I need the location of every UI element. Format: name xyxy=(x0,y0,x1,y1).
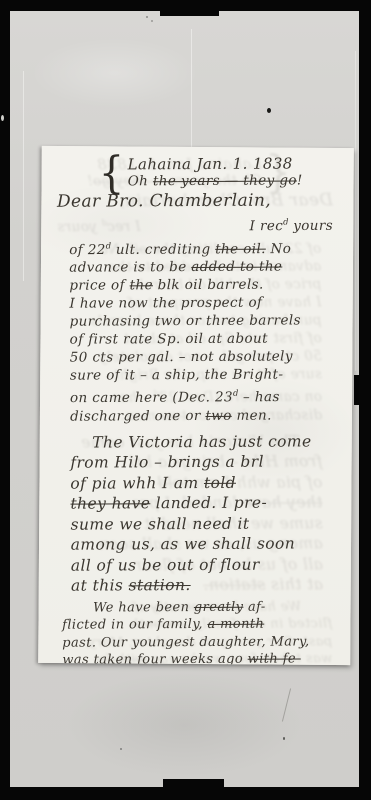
text-segment: – has xyxy=(238,389,279,405)
text-segment: blk oil barrels. xyxy=(153,277,264,294)
dust-speck xyxy=(146,16,148,18)
letter-line: they have landed. I pre- xyxy=(70,492,340,514)
letter-line: of pia whh I am told xyxy=(70,472,340,494)
text-segment: yours xyxy=(288,218,333,234)
text-segment: was taken four weeks ago xyxy=(62,652,247,665)
text-segment: at this xyxy=(71,576,129,594)
text-segment: The Victoria has just come xyxy=(92,432,311,451)
text-segment: purchasing two or three barrels xyxy=(70,312,301,329)
text-segment: sume we shall need it xyxy=(71,514,250,533)
text-segment: told xyxy=(204,473,236,491)
text-segment: landed. I pre- xyxy=(150,494,267,513)
text-segment: ! xyxy=(297,172,303,188)
paragraph: We have been greatly af-flicted in our f… xyxy=(71,598,341,665)
text-segment: advance is to be xyxy=(69,259,191,276)
letter-line: on came here (Dec. 23d – has xyxy=(70,383,340,407)
text-segment: on came here (Dec. 23 xyxy=(70,389,233,406)
text-segment: sure of it – a ship, the Bright- xyxy=(70,367,284,384)
letter-line: discharged one or two men. xyxy=(70,406,340,425)
dust-speck xyxy=(151,20,153,22)
dust-speck xyxy=(267,108,271,113)
letter-line: was taken four weeks ago with fe- xyxy=(62,650,341,665)
text-segment: with fe- xyxy=(248,651,301,665)
letter-line: sure of it – a ship, the Bright- xyxy=(70,365,340,384)
letter-line: 50 cts per gal. – not absolutely xyxy=(70,347,340,366)
text-segment: greatly xyxy=(194,599,244,614)
letter-line: flicted in our family, a month xyxy=(62,615,341,634)
text-segment: the oil. xyxy=(215,241,266,257)
film-notch-top xyxy=(160,11,219,16)
text-segment: Oh xyxy=(128,173,153,189)
dust-speck xyxy=(1,115,4,121)
film-streak xyxy=(191,29,192,159)
text-segment: past. Our youngest daughter, Mary, xyxy=(62,634,309,650)
letter-line: We have been greatly af- xyxy=(93,598,341,617)
text-segment: ult. crediting xyxy=(111,241,215,258)
letter-line: advance is to be added to the xyxy=(69,257,339,276)
text-segment: men. xyxy=(232,407,272,423)
letter-line: among us, as we shall soon xyxy=(71,533,341,555)
text-segment: 50 cts per gal. – not absolutely xyxy=(70,348,293,365)
text-segment: the xyxy=(130,277,153,293)
text-segment: a month xyxy=(207,617,264,632)
letter-line: from Hilo – brings a brl xyxy=(70,451,340,473)
letter-line: at this station. xyxy=(71,574,341,596)
letter-line: sume we shall need it xyxy=(71,513,341,535)
letter-text: { Lahaina Jan. 1. 1838 Oh the years — th… xyxy=(39,146,354,665)
text-segment: of pia whh I am xyxy=(70,473,204,492)
heading-place-date: Lahaina Jan. 1. 1838 xyxy=(128,155,303,173)
letter-line: all of us be out of flour xyxy=(71,554,341,576)
film-edge-mark xyxy=(354,375,359,405)
text-segment: two xyxy=(205,407,231,423)
letter-line: I have now the prospect of xyxy=(69,293,339,312)
letter-line: I recd yours xyxy=(69,212,333,236)
letter-line: price of the blk oil barrels. xyxy=(69,275,339,294)
letter-body: I recd yoursof 22d ult. crediting the oi… xyxy=(55,212,341,665)
letter-line: of first rate Sp. oil at about xyxy=(70,329,340,348)
film-scratch xyxy=(282,688,291,721)
text-segment: discharged one or xyxy=(70,407,205,424)
heading-lines: Lahaina Jan. 1. 1838 Oh the years — they… xyxy=(128,155,303,189)
letter-heading: { Lahaina Jan. 1. 1838 Oh the years — th… xyxy=(99,155,339,190)
film-streak xyxy=(23,71,24,281)
film-notch-bottom xyxy=(163,779,224,787)
letter-line: The Victoria has just come xyxy=(92,431,340,453)
text-segment: added to the xyxy=(191,259,282,275)
text-segment: station. xyxy=(129,576,191,594)
letter-page: { Lahaina Jan. 1. 1838 Oh the years — th… xyxy=(38,146,354,665)
dust-speck xyxy=(283,737,285,740)
text-segment: We have been xyxy=(93,600,194,616)
microfilm-scan: { Lahaina Jan. 1. 1838 Oh the years — th… xyxy=(0,0,371,800)
text-segment: from Hilo – brings a brl xyxy=(70,453,264,472)
film-streak xyxy=(355,51,356,371)
brace-mark: { xyxy=(99,155,125,193)
text-segment: of 22 xyxy=(69,241,106,257)
paragraph: The Victoria has just comefrom Hilo – br… xyxy=(70,431,341,596)
text-segment: flicted in our family, xyxy=(62,617,207,633)
paragraph: I recd yoursof 22d ult. crediting the oi… xyxy=(69,212,340,425)
letter-line: past. Our youngest daughter, Mary, xyxy=(62,633,341,652)
heading-annotation: Oh the years — they go! xyxy=(128,172,303,189)
text-segment: I have now the prospect of xyxy=(69,295,262,312)
text-segment: the years — they go xyxy=(153,172,297,189)
dust-speck xyxy=(120,748,122,750)
letter-line: of 22d ult. crediting the oil. No xyxy=(69,235,339,259)
text-segment: af- xyxy=(243,599,265,614)
letter-line: purchasing two or three barrels xyxy=(70,311,340,330)
text-segment: of first rate Sp. oil at about xyxy=(70,331,268,348)
text-segment: I rec xyxy=(249,218,283,234)
text-segment: price of xyxy=(69,277,129,293)
text-segment: among us, as we shall soon xyxy=(71,534,295,553)
film-frame: { Lahaina Jan. 1. 1838 Oh the years — th… xyxy=(10,11,359,787)
text-segment: all of us be out of flour xyxy=(71,555,260,574)
text-segment: they have xyxy=(70,494,150,512)
text-segment: No xyxy=(266,240,292,256)
